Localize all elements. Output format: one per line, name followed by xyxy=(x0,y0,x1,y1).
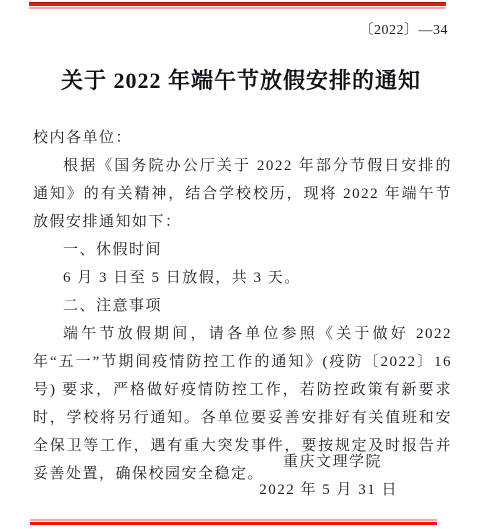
document-number: 〔2022〕—34 xyxy=(360,19,449,39)
notice-document-page: 〔2022〕—34 关于 2022 年端午节放假安排的通知 校内各单位： 根据《… xyxy=(0,0,482,529)
intro-paragraph: 根据《国务院办公厅关于 2022 年部分节假日安排的通知》的有关精神，结合学校校… xyxy=(33,152,452,236)
signature-organization: 重庆文理学院 xyxy=(0,448,482,476)
red-double-rule-top xyxy=(29,2,446,9)
signature-date: 2022 年 5 月 31 日 xyxy=(0,476,482,504)
salutation: 校内各单位： xyxy=(33,124,452,152)
red-double-rule-bottom xyxy=(30,519,437,525)
signature-block: 重庆文理学院 2022 年 5 月 31 日 xyxy=(0,448,482,504)
document-body: 校内各单位： 根据《国务院办公厅关于 2022 年部分节假日安排的通知》的有关精… xyxy=(33,124,452,488)
section1-text: 6 月 3 日至 5 日放假，共 3 天。 xyxy=(33,264,452,292)
section1-heading: 一、休假时间 xyxy=(33,236,452,264)
red-rule-thick xyxy=(30,522,437,525)
page-title: 关于 2022 年端午节放假安排的通知 xyxy=(0,64,482,95)
section2-heading: 二、注意事项 xyxy=(33,292,452,320)
red-rule-thin xyxy=(29,7,446,9)
